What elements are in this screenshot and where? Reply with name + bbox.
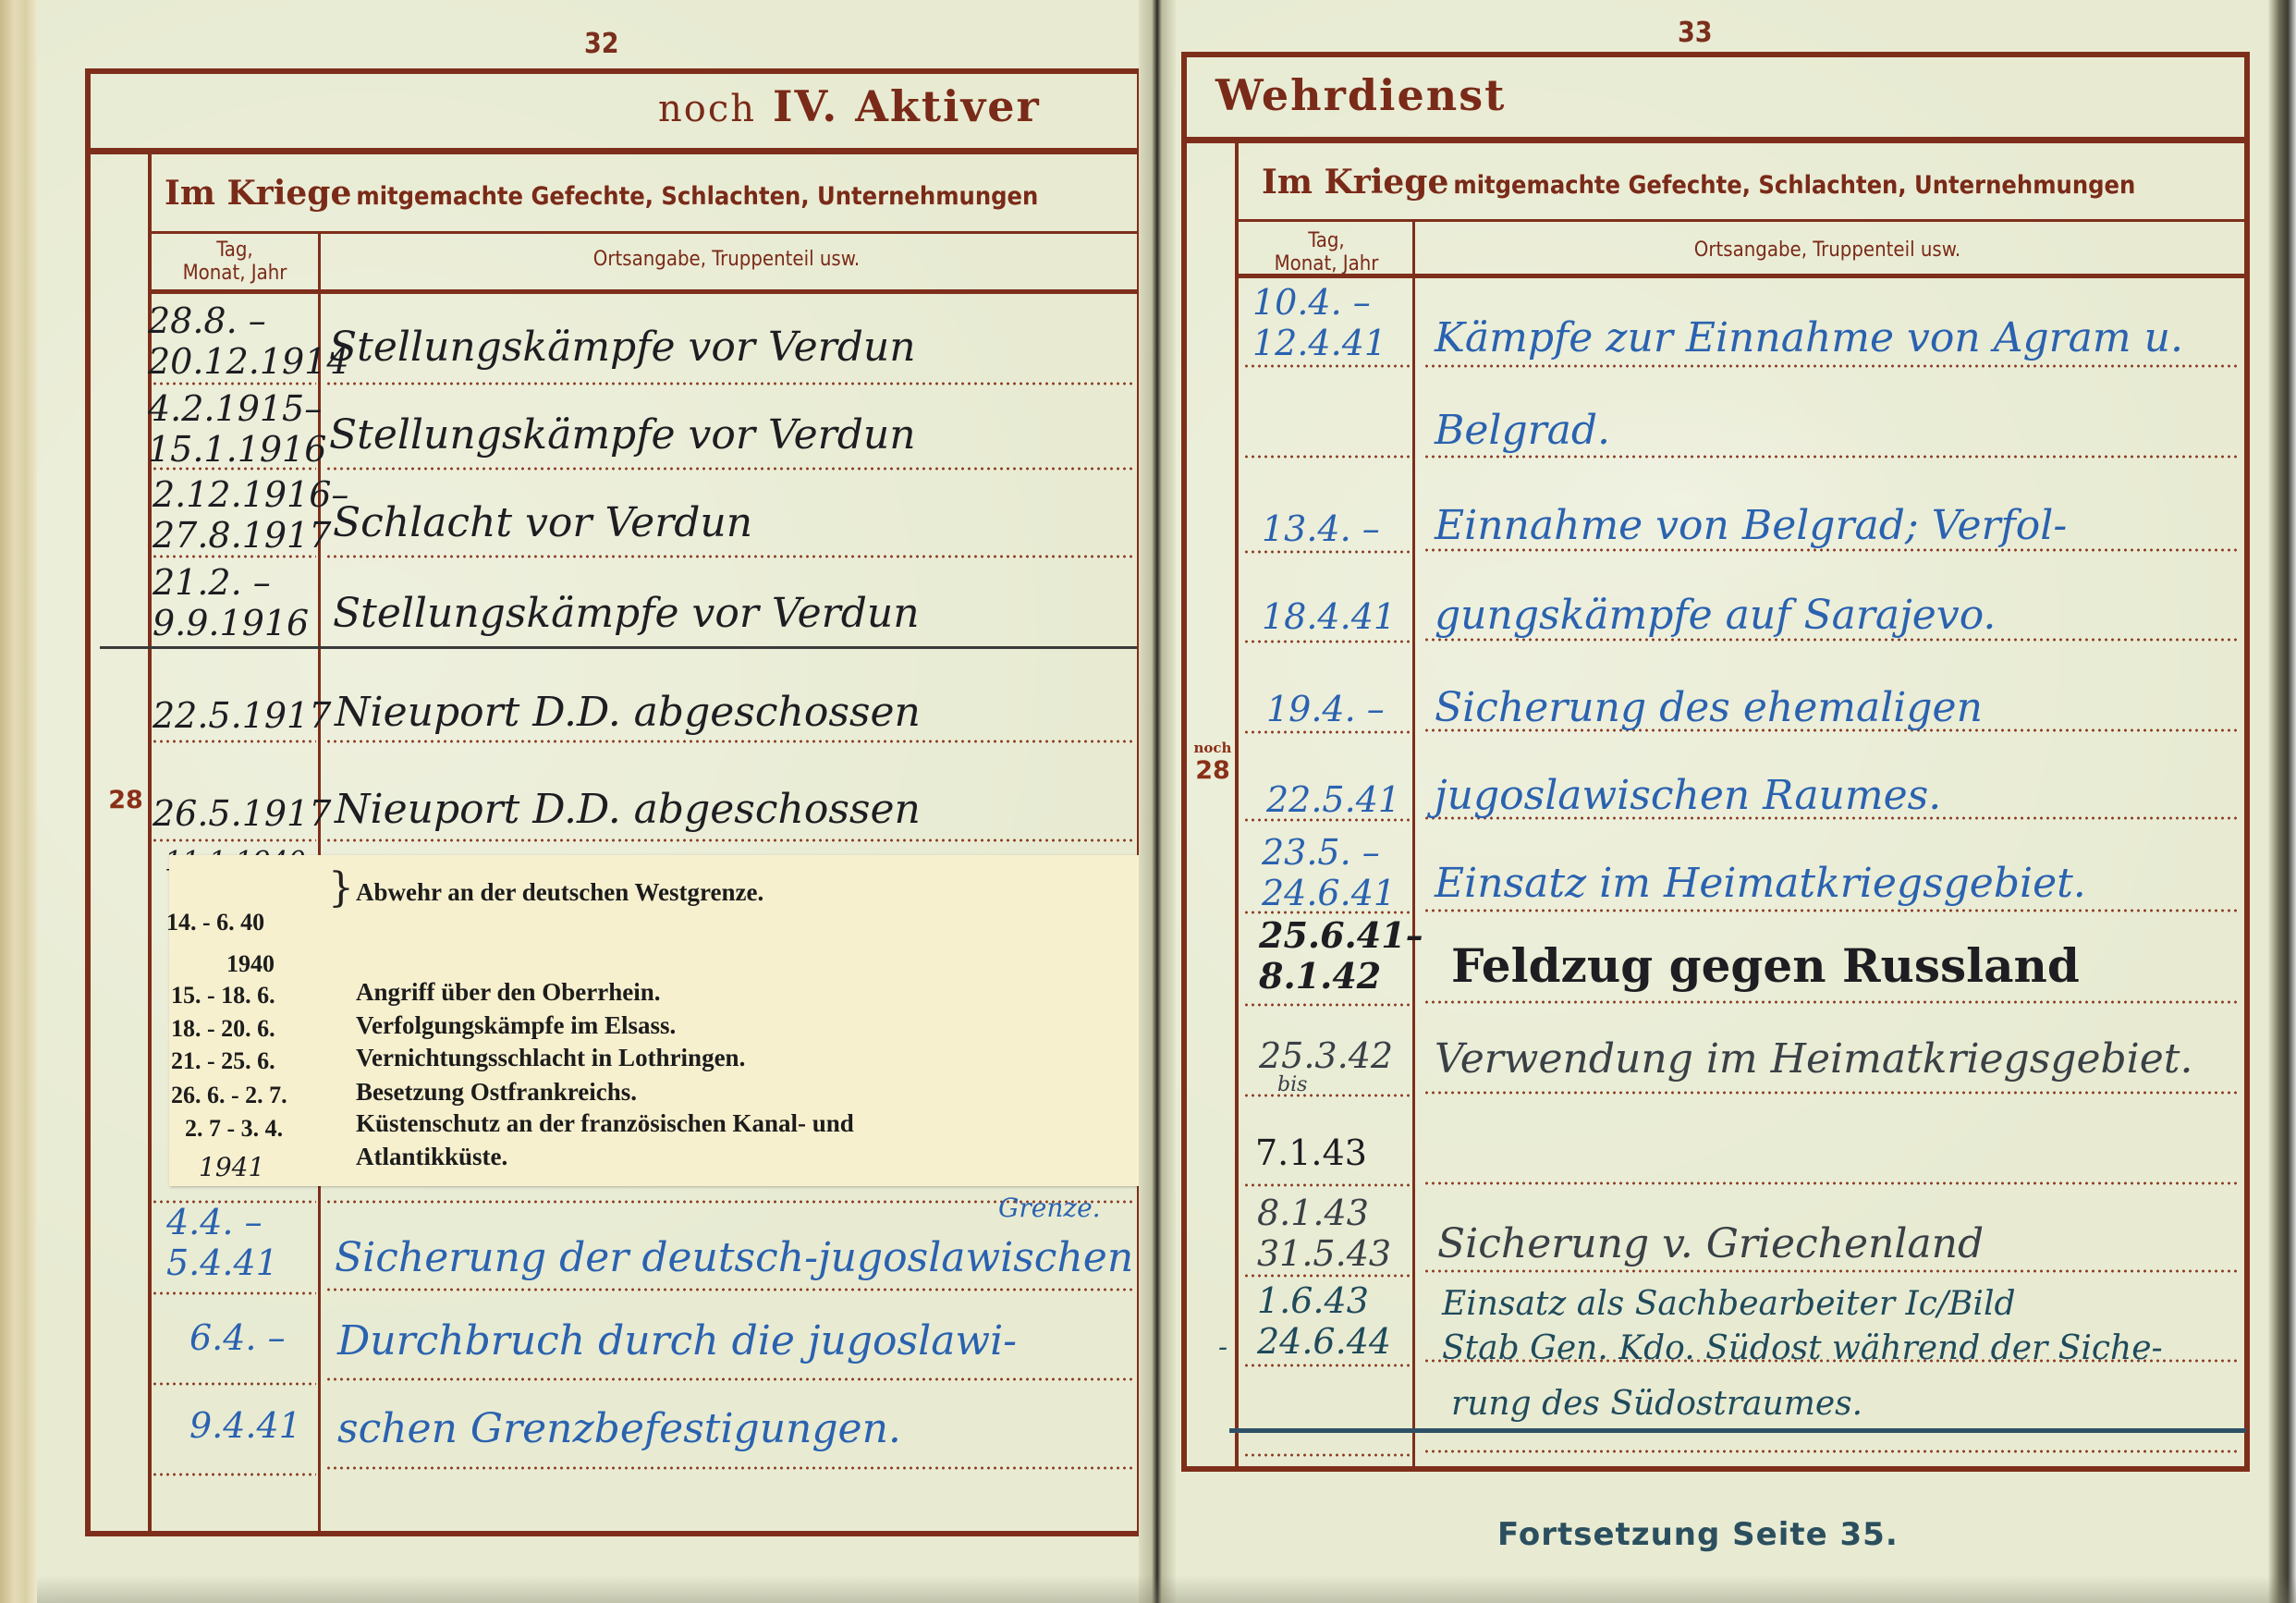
entry-date: 25.3.42 bis [1259,1035,1393,1095]
date-line1: 28.8. – [148,300,349,341]
entry-date: 7.1.43 [1255,1132,1367,1173]
row-rule [325,382,1135,385]
entry-date: 22.5.1917 [153,695,331,736]
slip-text: Atlantikküste. [356,1143,507,1171]
entry-date: 25.6.41– 8.1.42 [1259,915,1423,997]
slip-date: 26. 6. - 2. 7. [171,1082,287,1109]
row-rule [1243,1003,1410,1007]
row-rule [1423,455,2237,459]
date-line1: 8.1.43 [1257,1193,1391,1233]
entry-text: rung des Südostraumes. [1451,1385,1862,1423]
row-rule [325,740,1135,743]
date-line2: 8.1.42 [1259,956,1423,997]
row-rule [152,1473,316,1476]
entry-date: 28.8. – 20.12.1914 [148,300,349,382]
entry-text: Einsatz im Heimatkriegsgebiet. [1435,860,2086,907]
date-line2: 15.1.1916 [148,429,326,470]
entry-date: 2.12.1916– 27.8.1917 [153,474,348,556]
column-header-date: Tag, Monat, Jahr [1239,229,1414,275]
entry-text: Sicherung des ehemaligen [1435,684,1983,731]
entry-text: Stellungskämpfe vor Verdun [333,590,920,637]
row-rule [1423,909,2237,912]
entry-text: Feldzug gegen Russland [1451,938,2080,993]
entry-date: 6.4. – [189,1317,286,1358]
date-column-divider [1412,222,1415,1468]
margin-noch: noch [1192,740,1233,756]
row-rule [1243,1364,1410,1367]
entry-text: Sicherung v. Griechenland [1437,1220,1984,1267]
ink-separator-line [100,646,1137,649]
entry-text: jugoslawischen Raumes. [1435,772,1941,819]
column-header-place: Ortsangabe, Truppenteil usw. [320,248,1133,271]
left-page-title: noch IV. Aktiver [658,81,1041,131]
left-margin-number: 28 [104,786,148,814]
entry-text: schen Grenzbefestigungen. [337,1405,901,1452]
date-line1: 4.2.1915– [148,388,326,429]
section-heading-bold: Im Kriege [165,174,351,213]
right-margin-number: noch 28 [1192,740,1233,785]
date-line1: 4.4. – [166,1202,278,1242]
entry-text: gungskämpfe auf Sarajevo. [1435,592,1996,639]
entry-text: Stellungskämpfe vor Verdun [329,324,916,371]
slip-text: Abwehr an der deutschen Westgrenze. [356,878,763,907]
entry-superscript: Grenze. [998,1193,1101,1223]
row-rule [325,555,1135,558]
title-band-rule [85,148,1142,154]
entry-date: 8.1.43 31.5.43 [1257,1193,1391,1274]
heading-rule [150,231,1137,234]
slip-date-handwritten: 1941 [199,1152,264,1182]
continuation-note: Fortsetzung Seite 35. [1497,1516,1899,1553]
row-rule [1243,550,1410,554]
heading-rule [1237,219,2244,222]
row-rule [1243,730,1410,734]
row-rule [1423,1000,2237,1004]
row-rule [1423,1269,2237,1273]
row-rule [1423,1091,2237,1095]
row-rule [1243,1274,1410,1278]
slip-text: Angriff über den Oberrhein. [356,978,661,1007]
slip-date: 15. - 18. 6. [171,982,275,1010]
column-header-place: Ortsangabe, Truppenteil usw. [1416,239,2239,262]
entry-text: Einnahme von Belgrad; Verfol- [1435,502,2067,549]
row-rule [325,1377,1135,1381]
page-bottom-shadow [37,1575,2296,1603]
date-line2: 12.4.41 [1252,323,1386,363]
row-rule [152,382,316,385]
entry-date: 18.4.41 [1262,596,1396,637]
entry-date: 22.5.41 [1266,779,1400,820]
date-line2: bis [1259,1076,1393,1095]
col-date-line1: Tag, [152,239,318,262]
date-line2: 5.4.41 [166,1242,278,1283]
row-rule [1243,364,1410,368]
date-line1: 2.12.1916– [153,474,348,515]
column-header-rule [1237,274,2244,278]
section-heading-rest: mitgemachte Gefechte, Schlachten, Untern… [356,182,1038,211]
entry-text: Verwendung im Heimatkriegsgebiet. [1435,1035,2192,1083]
row-rule [1423,364,2237,368]
left-page-number: 32 [584,28,619,60]
entry-date: 23.5. – 24.6.41 [1262,832,1396,913]
col-date-line2: Monat, Jahr [1239,252,1414,275]
right-page-number: 33 [1678,17,1713,49]
col-date-line1: Tag, [1239,229,1414,252]
row-rule [1423,1181,2237,1185]
entry-text: Stellungskämpfe vor Verdun [329,411,916,459]
row-rule [1423,1450,2237,1453]
slip-text: Vernichtungsschlacht in Lothringen. [356,1044,745,1072]
margin-number: 28 [1195,756,1230,785]
row-rule [152,838,316,842]
entry-date: 26.5.1917 [153,793,331,834]
row-rule [325,467,1135,471]
entry-text: Nieuport D.D. abgeschossen [335,786,921,833]
title-prefix: noch [658,88,756,130]
book-cover-edge [2268,0,2296,1603]
row-rule [325,1288,1135,1291]
entry-date: 4.4. – 5.4.41 [166,1202,278,1283]
date-line1: 23.5. – [1262,832,1396,873]
column-header-date: Tag, Monat, Jahr [152,239,318,285]
slip-date: 21. - 25. 6. [171,1047,275,1075]
entry-date: 13.4. – [1262,508,1380,549]
row-rule [325,1466,1135,1470]
slip-date: 18. - 20. 6. [171,1015,275,1043]
row-rule [1243,1183,1410,1187]
slip-text: Besetzung Ostfrankreichs. [356,1078,637,1107]
title-band-rule [1181,137,2250,143]
entry-text: Sicherung der deutsch-jugoslawischen [335,1234,1133,1281]
section-heading-bold: Im Kriege [1262,163,1448,202]
date-line1: 25.3.42 [1259,1035,1393,1076]
entry-text: Schlacht vor Verdun [333,499,752,546]
entry-date: 21.2. – 9.9.1916 [153,562,309,643]
date-line2: 9.9.1916 [153,603,309,643]
section-heading: Im Kriege mitgemachte Gefechte, Schlacht… [165,174,1038,213]
entry-date: 9.4.41 [189,1405,301,1446]
entry-text: Belgrad. [1435,407,1610,454]
col-date-line2: Monat, Jahr [152,262,318,285]
book-spine [1139,0,1176,1603]
entry-date: 10.4. – 12.4.41 [1252,282,1386,363]
date-line2: 20.12.1914 [148,341,349,382]
row-rule [1243,1453,1410,1457]
date-line2: 24.6.41 [1262,873,1396,913]
right-page-title: Wehrdienst [1215,70,1506,120]
entry-date: 19.4. – [1266,689,1385,729]
section-heading: Im Kriege mitgemachte Gefechte, Schlacht… [1262,163,2135,202]
dash-mark: - [1218,1331,1227,1364]
entry-text: Kämpfe zur Einnahme von Agram u. [1435,314,2183,361]
row-rule [152,740,316,743]
date-line2: 24.6.44 [1257,1321,1391,1362]
margin-divider [1235,143,1239,1467]
ink-closing-line [1229,1428,2246,1433]
date-line2: 27.8.1917 [153,515,348,556]
slip-text: Verfolgungskämpfe im Elsass. [356,1011,676,1040]
entry-text: Stab Gen. Kdo. Südost während der Siche- [1442,1329,2163,1367]
entry-text: Nieuport D.D. abgeschossen [335,689,921,736]
row-rule [1243,640,1410,643]
entry-text: Einsatz als Sachbearbeiter Ic/Bild [1442,1285,2016,1323]
entry-date: 1.6.43 24.6.44 [1257,1280,1391,1362]
row-rule [325,838,1135,842]
row-rule [152,1291,316,1295]
book-page-edges [0,0,37,1603]
entry-date: 4.2.1915– 15.1.1916 [148,388,326,470]
title-main: IV. Aktiver [773,81,1041,131]
column-header-rule [150,289,1137,294]
slip-date: 14. - 6. 40 [166,909,264,936]
date-line1: 1.6.43 [1257,1280,1391,1321]
row-rule [1243,455,1410,459]
brace-symbol: } [328,864,354,912]
date-line2: 31.5.43 [1257,1233,1391,1274]
slip-date: 2. 7 - 3. 4. [185,1115,283,1143]
slip-text: Küstenschutz an der französischen Kanal-… [356,1109,854,1138]
date-line1: 25.6.41– [1259,915,1423,956]
section-heading-rest: mitgemachte Gefechte, Schlachten, Untern… [1453,171,2135,200]
date-line1: 10.4. – [1252,282,1386,323]
date-line1: 21.2. – [153,562,309,603]
slip-date: 1940 [226,950,275,978]
entry-text: Durchbruch durch die jugoslawi- [337,1317,1017,1364]
row-rule [152,1382,316,1386]
